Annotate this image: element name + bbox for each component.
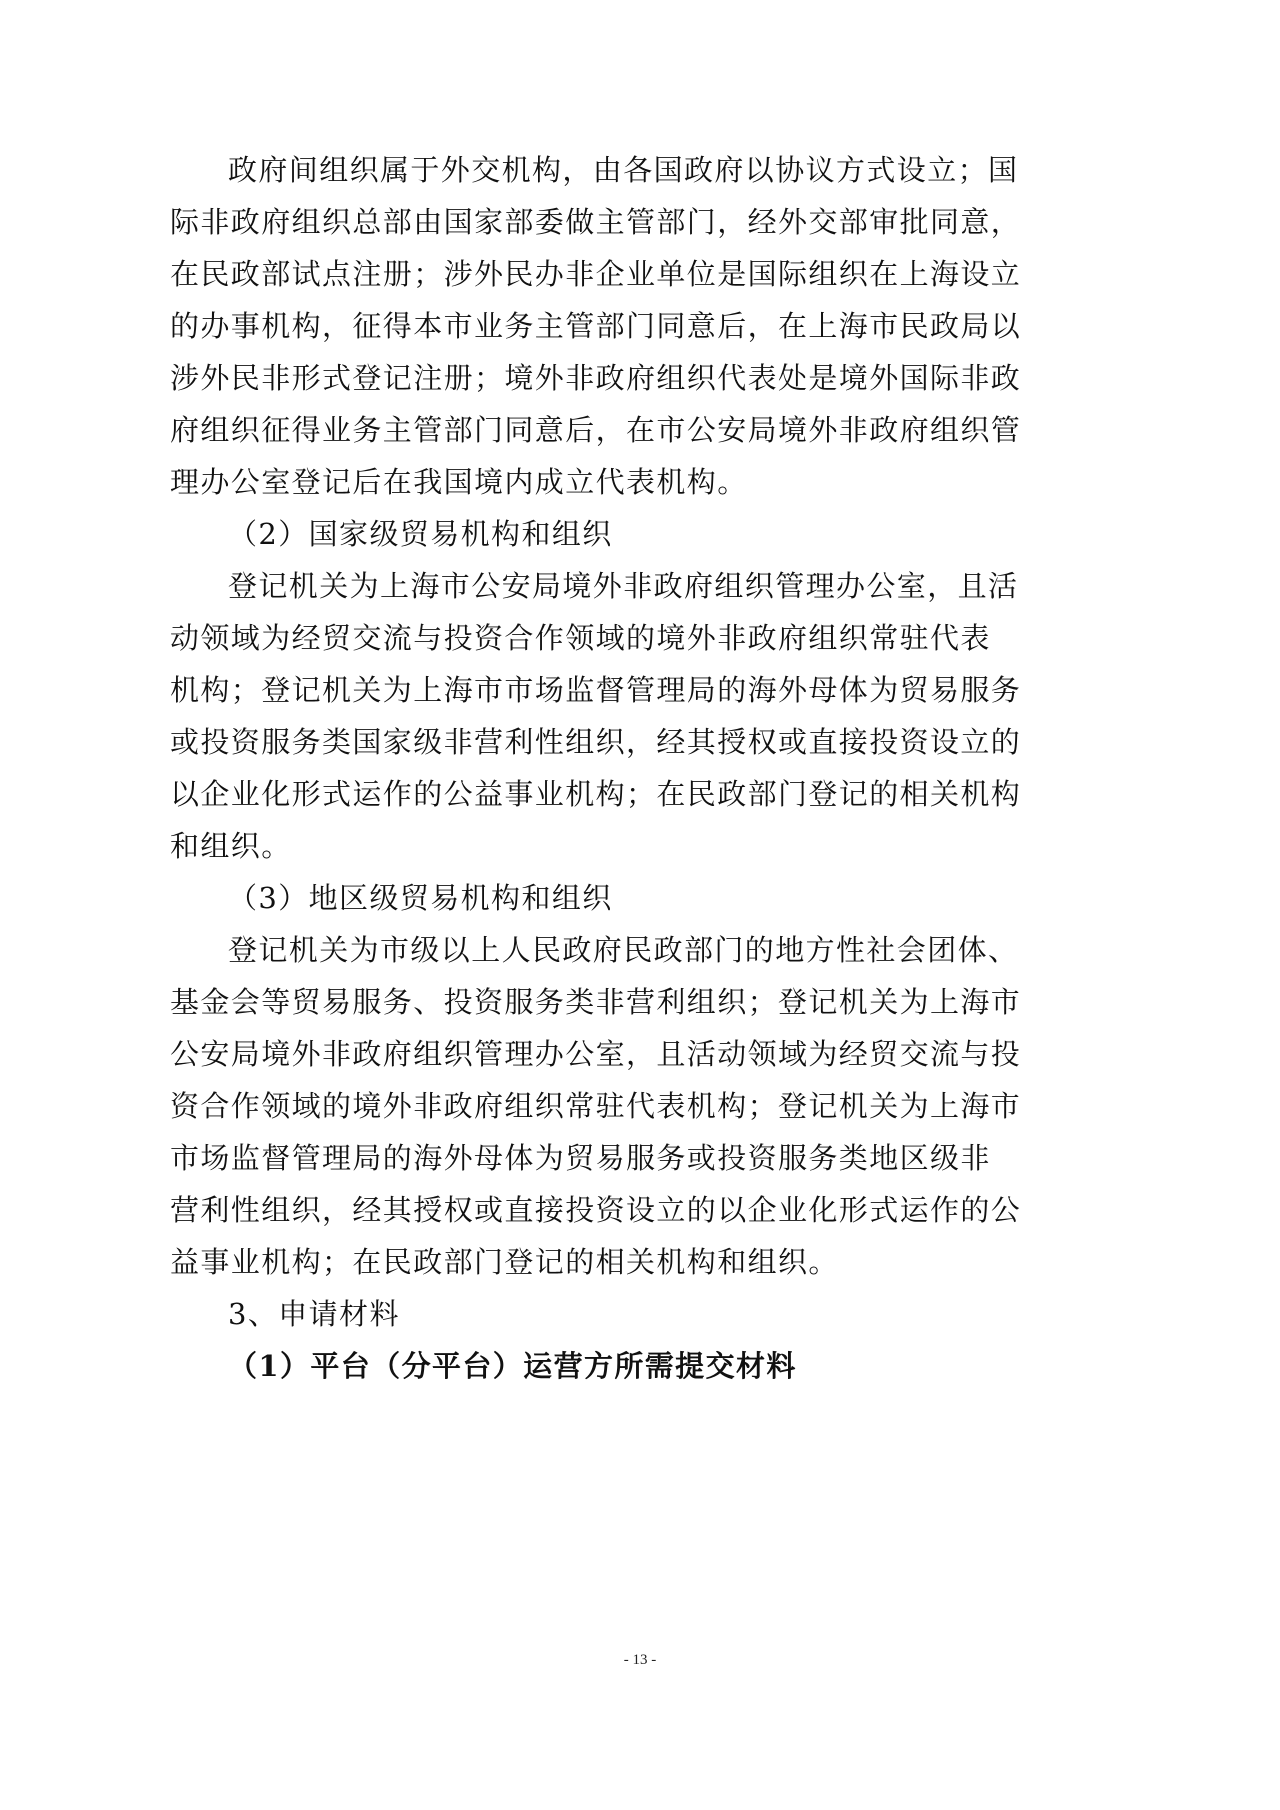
paragraph-3-line-4: 资合作领域的境外非政府组织常驻代表机构；登记机关为上海市 xyxy=(170,1088,1021,1124)
paragraph-2-line-6: 和组织。 xyxy=(170,828,292,864)
paragraph-3-line-3: 公安局境外非政府组织管理办公室，且活动领域为经贸交流与投 xyxy=(170,1036,1021,1072)
paragraph-3-line-6: 营利性组织，经其授权或直接投资设立的以企业化形式运作的公 xyxy=(170,1192,1021,1228)
paragraph-2-line-1: 登记机关为上海市公安局境外非政府组织管理办公室，且活 xyxy=(228,568,1018,604)
paragraph-3-line-1: 登记机关为市级以上人民政府民政部门的地方性社会团体、 xyxy=(228,932,1018,968)
page-number: - 13 - xyxy=(0,1652,1280,1669)
paragraph-2-line-4: 或投资服务类国家级非营利性组织，经其授权或直接投资设立的 xyxy=(170,724,1021,760)
section-heading-application-materials: 3、申请材料 xyxy=(228,1296,400,1332)
paragraph-1-line-6: 府组织征得业务主管部门同意后，在市公安局境外非政府组织管 xyxy=(170,412,1021,448)
subheading-platform-operator-materials: （1）平台（分平台）运营方所需提交材料 xyxy=(228,1348,797,1384)
paragraph-3-line-7: 益事业机构；在民政部门登记的相关机构和组织。 xyxy=(170,1244,839,1280)
paragraph-1-line-3: 在民政部试点注册；涉外民办非企业单位是国际组织在上海设立 xyxy=(170,256,1021,292)
paragraph-2-line-5: 以企业化形式运作的公益事业机构；在民政部门登记的相关机构 xyxy=(170,776,1021,812)
paragraph-1-line-7: 理办公室登记后在我国境内成立代表机构。 xyxy=(170,464,748,500)
paragraph-3-line-5: 市场监督管理局的海外母体为贸易服务或投资服务类地区级非 xyxy=(170,1140,991,1176)
paragraph-1-line-2: 际非政府组织总部由国家部委做主管部门，经外交部审批同意， xyxy=(170,204,1021,240)
section-heading-3: （3）地区级贸易机构和组织 xyxy=(228,880,613,916)
paragraph-1-line-4: 的办事机构，征得本市业务主管部门同意后，在上海市民政局以 xyxy=(170,308,1021,344)
paragraph-2-line-2: 动领域为经贸交流与投资合作领域的境外非政府组织常驻代表 xyxy=(170,620,991,656)
document-page: 政府间组织属于外交机构，由各国政府以协议方式设立；国 际非政府组织总部由国家部委… xyxy=(0,0,1280,1810)
section-heading-2: （2）国家级贸易机构和组织 xyxy=(228,516,613,552)
paragraph-1-line-5: 涉外民非形式登记注册；境外非政府组织代表处是境外国际非政 xyxy=(170,360,1021,396)
paragraph-1-line-1: 政府间组织属于外交机构，由各国政府以协议方式设立；国 xyxy=(228,152,1018,188)
paragraph-3-line-2: 基金会等贸易服务、投资服务类非营利组织；登记机关为上海市 xyxy=(170,984,1021,1020)
paragraph-2-line-3: 机构；登记机关为上海市市场监督管理局的海外母体为贸易服务 xyxy=(170,672,1021,708)
